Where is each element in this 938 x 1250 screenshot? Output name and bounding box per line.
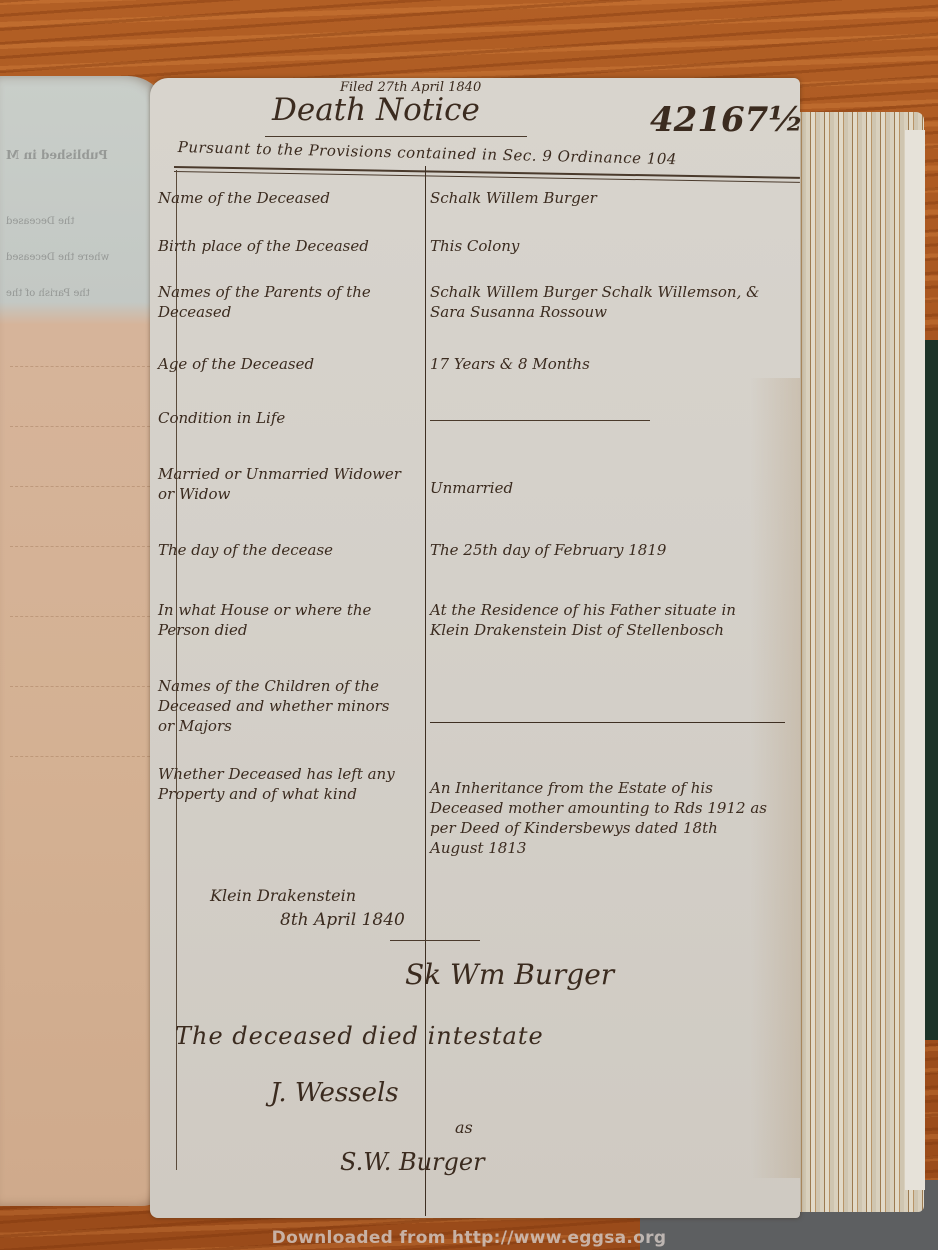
field-value: Schalk Willem Burger [430, 188, 790, 208]
column-divider [425, 166, 426, 1216]
faint-writing [10, 426, 150, 427]
date-of-signing: 8th April 1840 [280, 910, 405, 930]
show-through-text: Published in M [6, 148, 108, 162]
faint-writing [10, 546, 150, 547]
faint-writing [10, 486, 150, 487]
left-page: Published in M the Deceased where the De… [0, 76, 168, 1206]
field-value: This Colony [430, 236, 790, 256]
faint-writing [10, 366, 150, 367]
field-value: Unmarried [430, 478, 790, 498]
preamble: Pursuant to the Provisions contained in … [178, 138, 678, 168]
field-label: Age of the Deceased [158, 354, 420, 374]
field-label: Married or Unmarried Widower or Widow [158, 464, 408, 504]
reference-number: 42167½ [650, 100, 804, 140]
field-label: Condition in Life [158, 408, 420, 428]
field-label: In what House or where the Person died [158, 600, 408, 640]
section-separator [430, 722, 785, 723]
field-label: Whether Deceased has left any Property a… [158, 764, 408, 804]
show-through-text: the Deceased [6, 216, 74, 227]
faint-writing [10, 616, 150, 617]
place-of-signing: Klein Drakenstein [210, 886, 356, 905]
field-value: The 25th day of February 1819 [430, 540, 790, 560]
page-title: Death Notice [272, 92, 480, 128]
show-through-text: where the Deceased [6, 252, 109, 263]
source-watermark: Downloaded from http://www.eggsa.org [0, 1228, 938, 1248]
intestate-note: The deceased died intestate [175, 1022, 544, 1050]
field-label: Birth place of the Deceased [158, 236, 420, 256]
informant-signature: Sk Wm Burger [405, 958, 614, 991]
title-underline [265, 136, 527, 137]
field-label: The day of the decease [158, 540, 420, 560]
date-underline [390, 940, 480, 941]
show-through-text: the Parish of the [6, 288, 90, 299]
field-value: An Inheritance from the Estate of his De… [430, 778, 770, 858]
faint-writing [10, 756, 150, 757]
second-signature: S.W. Burger [340, 1148, 485, 1176]
field-value: At the Residence of his Father situate i… [430, 600, 770, 640]
faint-writing [10, 686, 150, 687]
death-notice-page: Filed 27th April 1840 Death Notice 42167… [150, 78, 800, 1218]
witness-signature: J. Wessels [270, 1078, 399, 1108]
blank-value-line [430, 420, 650, 421]
field-label: Name of the Deceased [158, 188, 420, 208]
field-value: 17 Years & 8 Months [430, 354, 790, 374]
field-label: Names of the Parents of the Deceased [158, 282, 408, 322]
field-value: Schalk Willem Burger Schalk Willemson, &… [430, 282, 770, 322]
book-cover-edge [905, 130, 925, 1190]
field-label: Names of the Children of the Deceased an… [158, 676, 408, 736]
witness-mark: as [455, 1118, 473, 1137]
